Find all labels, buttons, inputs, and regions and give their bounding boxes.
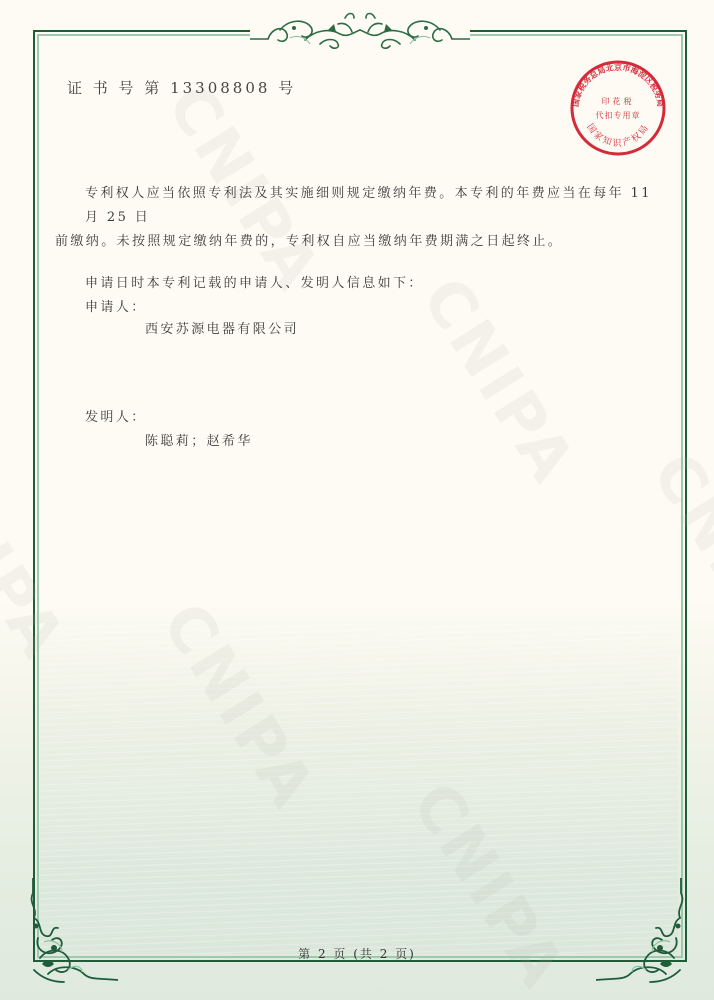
corner-flourish-icon [596, 878, 686, 988]
stamp-bottom-text: 国家知识产权局 [584, 122, 651, 149]
top-scroll-ornament-icon [250, 8, 470, 52]
inventor-names: 陈聪莉；赵希华 [145, 430, 253, 449]
paragraph-line-2: 前缴纳。未按照规定缴纳年费的，专利权自应当缴纳年费期满之日起终止。 [55, 230, 665, 254]
page-number: 第 2 页 (共 2 页) [0, 945, 714, 962]
corner-flourish-icon [28, 878, 118, 988]
applicant-name: 西安苏源电器有限公司 [145, 318, 299, 337]
stamp-inner-line1: 印花税 [602, 96, 635, 106]
paragraph-line-1: 专利权人应当依照专利法及其实施细则规定缴纳年费。本专利的年费应当在每年 11 月… [85, 186, 652, 225]
stamp-inner-line2: 代扣专用章 [596, 110, 641, 120]
tax-stamp-seal: 国家税务总局北京市海淀区税务局 印花税 代扣专用章 国家知识产权局 [563, 58, 673, 158]
inventor-label: 发明人： [85, 406, 147, 425]
certificate-number: 证 书 号 第 13308808 号 [67, 77, 296, 98]
svg-text:国家知识产权局: 国家知识产权局 [584, 122, 651, 149]
applicant-label: 申请人： [85, 296, 147, 315]
frame-inner-border [37, 34, 683, 958]
annual-fee-paragraph: 专利权人应当依照专利法及其实施细则规定缴纳年费。本专利的年费应当在每年 11 月… [85, 182, 665, 254]
info-intro: 申请日时本专利记载的申请人、发明人信息如下： [85, 272, 424, 291]
